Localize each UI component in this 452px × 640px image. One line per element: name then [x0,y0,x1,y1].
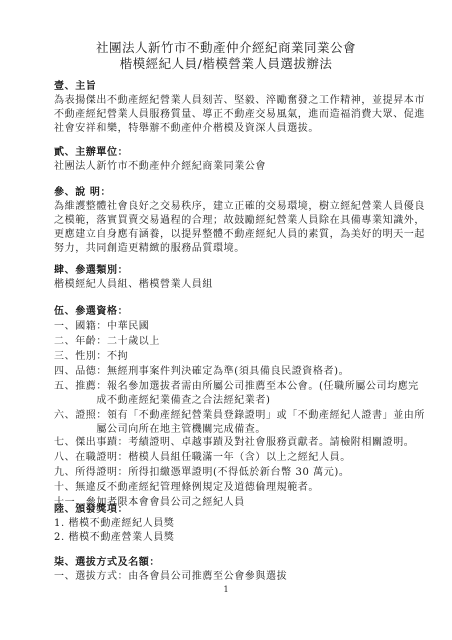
purpose-line: 社會安祥和樂，特舉辦不動產仲介楷模及資深人員選拔。 [54,122,319,135]
explanation-line: 為維護整體社會良好之交易秩序，建立正確的交易環境，樹立經紀營業人員優良 [54,200,425,213]
explanation-line: 更應建立自身應有涵養，以提昇整體不動產經紀人員的素質，為美好的明天一起 [54,228,425,241]
purpose-line: 不動產經紀營業人員服務質量、導正不動產交易風氣，進而造福消費大眾、促進 [54,108,425,121]
organizer-line: 社團法人新竹市不動產仲介經紀商業同業公會 [54,160,266,173]
document-title-line2: 楷模經紀人員/楷模營業人員選拔辦法 [0,56,452,72]
section-heading-awards: 陸、頒發獎項： [54,503,128,516]
categories-line: 楷模經紀人員組、楷模營業人員組 [54,278,213,291]
eligibility-item: 二、年齡：二十歲以上 [54,335,160,348]
eligibility-item: 四、品德：無經刑事案件判決確定為準(須具備良民證資格者)。 [54,365,349,378]
explanation-line: 努力，共同創造更精緻的服務品質環境。 [54,242,245,255]
eligibility-item: 五、推薦：報名參加選拔者需由所屬公司推薦至本公會。(任職所屬公司均應完 [54,380,419,393]
eligibility-item: 三、性別：不拘 [54,350,128,363]
eligibility-item: 八、在職證明：楷模人員組任職滿一年（含）以上之經紀人員。 [54,451,351,464]
eligibility-item: 九、所得證明：所得扣繳憑單證明(不得低於新台幣 30 萬元)。 [54,466,349,479]
eligibility-item: 十、無違反不動產經紀管理條例規定及道德倫理規範者。 [54,481,319,494]
page-number: 1 [0,585,452,594]
section-heading-organizer: 貳、主辦單位： [54,146,128,159]
document-title-line1: 社團法人新竹市不動產仲介經紀商業同業公會 [0,40,452,56]
eligibility-item-continued: 成不動產經紀業備查之合法經紀業者) [54,394,271,407]
award-item: 1. 楷模不動產經紀人員獎 [54,517,175,530]
purpose-line: 為表揚傑出不動產經紀營業人員刻苦、堅毅、淬勵奮發之工作精神，並提昇本市 [54,94,425,107]
eligibility-item: 七、傑出事蹟：考績證明、卓越事蹟及對社會服務貢獻者。請檢附相關證明。 [54,436,414,449]
eligibility-item-continued: 屬公司向所在地主管機關完成備查。 [54,423,266,436]
explanation-line: 之模範，落實買賣交易過程的合理；故鼓勵經紀營業人員除在具備專業知識外， [54,214,425,227]
award-item: 2. 楷模不動產營業人員獎 [54,531,175,544]
section-heading-eligibility: 伍、參選資格： [54,305,128,318]
document-page: 社團法人新竹市不動產仲介經紀商業同業公會 楷模經紀人員/楷模營業人員選拔辦法 壹… [0,0,452,640]
method-line: 一、選拔方式：由各會員公司推薦至公會參與選拔 [54,570,287,583]
eligibility-item: 六、證照：領有「不動產經紀營業員登錄證明」或「不動產經紀人證書」並由所 [54,409,425,422]
section-heading-method: 柒、選拔方式及名額： [54,556,160,569]
section-heading-explanation: 參、說 明： [54,186,111,199]
eligibility-item: 一、國籍：中華民國 [54,320,149,333]
section-heading-purpose: 壹、主旨 [54,80,96,93]
section-heading-categories: 肆、參選類別： [54,264,128,277]
